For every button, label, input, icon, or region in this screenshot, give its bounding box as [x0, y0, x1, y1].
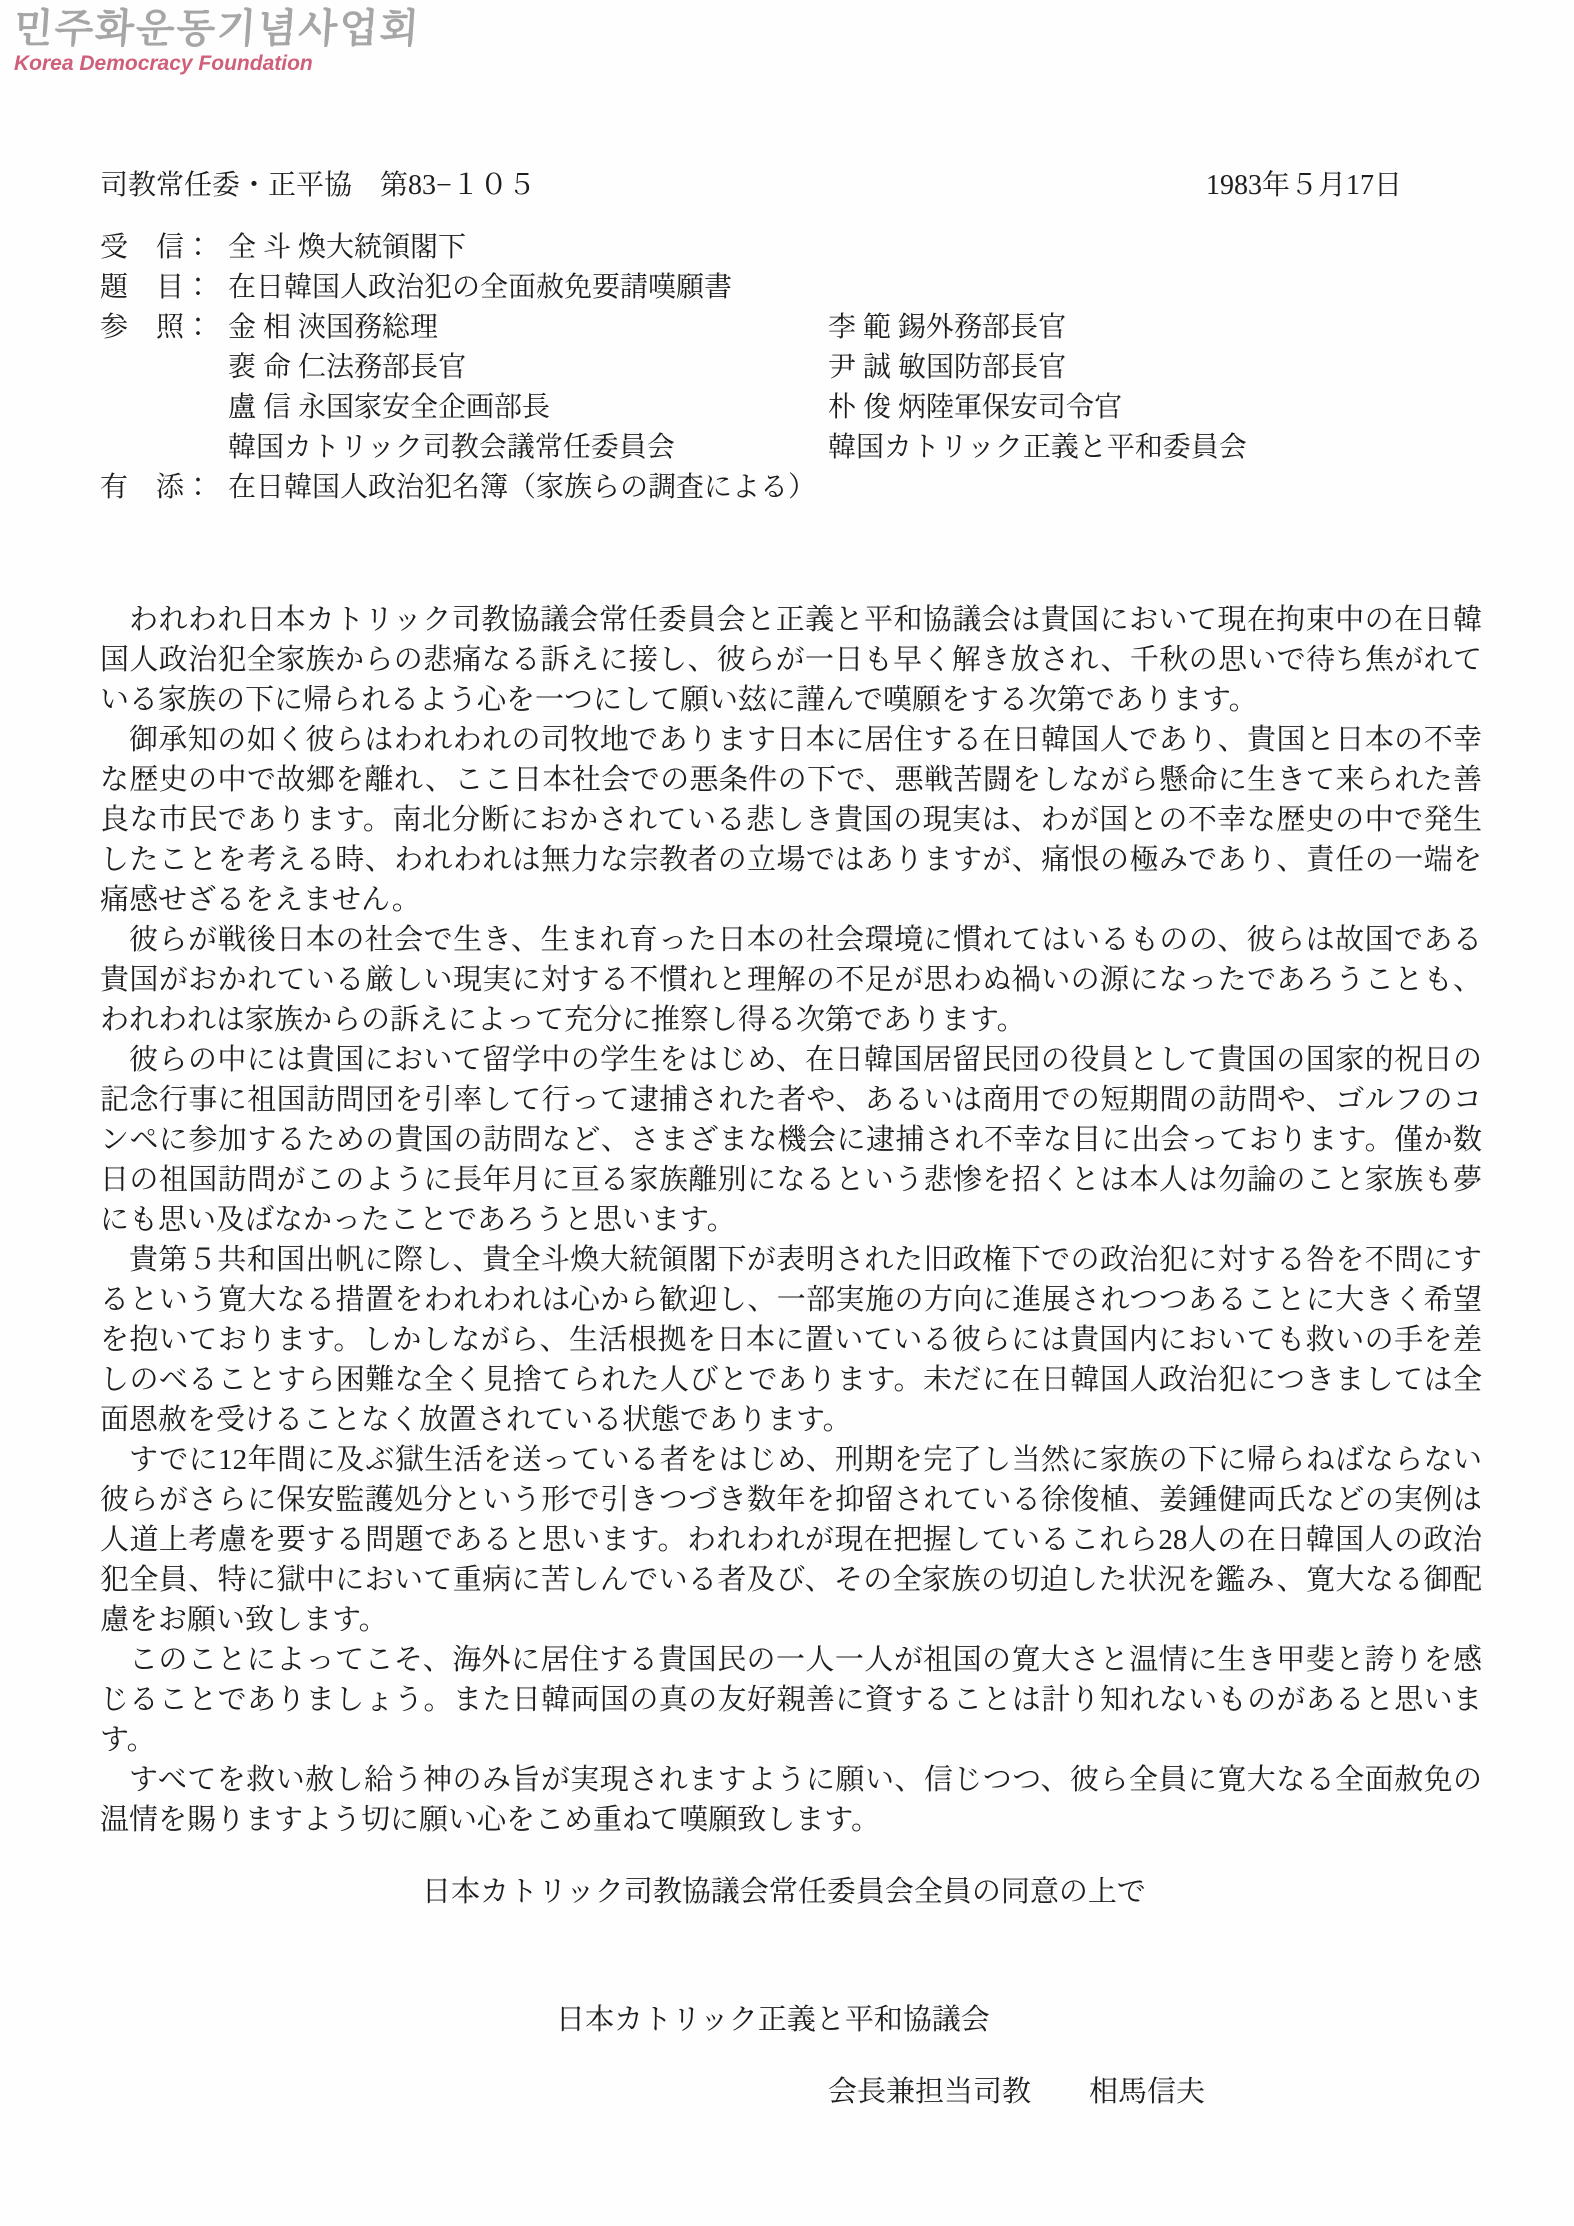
recipient-row: 受 信： 全 斗 煥大統領閣下 [100, 228, 1494, 268]
document-number: 司教常任委・正平協 第83−１０５ [100, 168, 536, 204]
reference-section: 参 照： 金 相 浹国務総理 李 範 錫外務部長官 裵 命 仁法務部長官 尹 誠… [100, 308, 1494, 468]
kdf-logo-english-text: Korea Democracy Foundation [14, 52, 420, 76]
letter-paragraph: 貴第５共和国出帆に際し、貴全斗煥大統領閣下が表明された旧政権下での政治犯に対する… [100, 1240, 1482, 1440]
reference-row: 裵 命 仁法務部長官 尹 誠 敏国防部長官 [228, 348, 1494, 388]
reference-name-right: 李 範 錫外務部長官 [828, 308, 1066, 348]
reference-name-right: 朴 俊 炳陸軍保安司令官 [828, 388, 1122, 428]
letter-paragraph: 彼らの中には貴国において留学中の学生をはじめ、在日韓国居留民団の役員として貴国の… [100, 1040, 1482, 1240]
reference-name-left: 韓国カトリック司教会議常任委員会 [228, 428, 828, 468]
signature-organization: 日本カトリック正義と平和協議会 [556, 2000, 1574, 2040]
reference-row: 金 相 浹国務総理 李 範 錫外務部長官 [228, 308, 1494, 348]
reference-label: 参 照： [100, 308, 228, 468]
reference-name-left: 裵 命 仁法務部長官 [228, 348, 828, 388]
document-refline: 司教常任委・正平協 第83−１０５ 1983年５月17日 [0, 168, 1574, 204]
attachment-label: 有 添： [100, 468, 228, 508]
attachment-row: 有 添： 在日韓国人政治犯名簿（家族らの調査による） [100, 468, 1494, 508]
letter-paragraph: われわれ日本カトリック司教協議会常任委員会と正義と平和協議会は貴国において現在拘… [100, 600, 1482, 720]
subject-row: 題 目： 在日韓国人政治犯の全面赦免要請嘆願書 [100, 268, 1494, 308]
letter-paragraph: すでに12年間に及ぶ獄生活を送っている者をはじめ、刑期を完了し当然に家族の下に帰… [100, 1440, 1482, 1640]
attachment-value: 在日韓国人政治犯名簿（家族らの調査による） [228, 468, 816, 508]
letter-paragraph: すべてを救い赦し給う神のみ旨が実現されますように願い、信じつつ、彼ら全員に寛大な… [100, 1760, 1482, 1840]
reference-name-right: 尹 誠 敏国防部長官 [828, 348, 1066, 388]
scanned-letter-page: 민주화운동기념사업회 Korea Democracy Foundation 司教… [0, 0, 1574, 2226]
recipient-label: 受 信： [100, 228, 228, 268]
subject-label: 題 目： [100, 268, 228, 308]
reference-row: 韓国カトリック司教会議常任委員会 韓国カトリック正義と平和委員会 [228, 428, 1494, 468]
reference-name-left: 金 相 浹国務総理 [228, 308, 828, 348]
reference-list: 金 相 浹国務総理 李 範 錫外務部長官 裵 命 仁法務部長官 尹 誠 敏国防部… [228, 308, 1494, 468]
document-date: 1983年５月17日 [1206, 168, 1402, 204]
consent-line: 日本カトリック司教協議会常任委員会全員の同意の上で [422, 1872, 1574, 1912]
kdf-logo-korean-calligraphy: 민주화운동기념사업회 [13, 8, 422, 50]
recipient-value: 全 斗 煥大統領閣下 [228, 228, 466, 268]
letter-body: われわれ日本カトリック司教協議会常任委員会と正義と平和協議会は貴国において現在拘… [100, 600, 1482, 1840]
letter-paragraph: 御承知の如く彼らはわれわれの司牧地であります日本に居住する在日韓国人であり、貴国… [100, 720, 1482, 920]
signature-title-name: 会長兼担当司教 相馬信夫 [828, 2072, 1574, 2112]
reference-name-left: 盧 信 永国家安全企画部長 [228, 388, 828, 428]
letter-paragraph: 彼らが戦後日本の社会で生き、生まれ育った日本の社会環境に慣れてはいるものの、彼ら… [100, 920, 1482, 1040]
reference-row: 盧 信 永国家安全企画部長 朴 俊 炳陸軍保安司令官 [228, 388, 1494, 428]
reference-name-right: 韓国カトリック正義と平和委員会 [828, 428, 1247, 468]
kdf-logo: 민주화운동기념사업회 Korea Democracy Foundation [14, 8, 420, 76]
letter-paragraph: このことによってこそ、海外に居住する貴国民の一人一人が祖国の寛大さと温情に生き甲… [100, 1640, 1482, 1760]
header-fields: 受 信： 全 斗 煥大統領閣下 題 目： 在日韓国人政治犯の全面赦免要請嘆願書 … [100, 228, 1494, 508]
subject-value: 在日韓国人政治犯の全面赦免要請嘆願書 [228, 268, 732, 308]
